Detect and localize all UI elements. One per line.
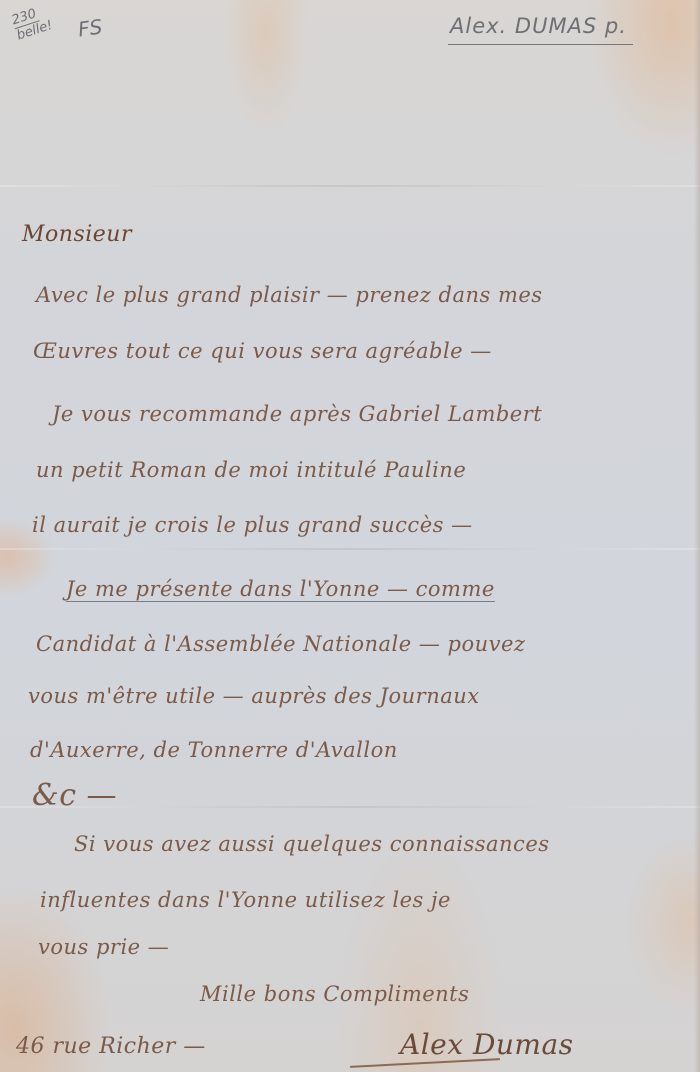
letter-line: &c — xyxy=(32,778,117,813)
letter-line: Je vous recommande après Gabriel Lambert xyxy=(52,402,542,426)
paper-fold xyxy=(0,185,700,187)
letter-line: Avec le plus grand plaisir — prenez dans… xyxy=(36,283,543,307)
paper-edge xyxy=(694,0,700,1072)
letter-salutation: Monsieur xyxy=(22,222,132,247)
letter-line: Candidat à l'Assemblée Nationale — pouve… xyxy=(36,632,525,656)
pencil-note-price: 230 belle! xyxy=(10,3,54,44)
letter-line: d'Auxerre, de Tonnerre d'Avallon xyxy=(30,738,398,762)
pencil-initials: FS xyxy=(76,14,103,41)
letter-line: un petit Roman de moi intitulé Pauline xyxy=(36,458,466,482)
letter-line-underlined: Je me présente dans l'Yonne — comme xyxy=(66,577,495,602)
pencil-attribution: Alex. DUMAS p. xyxy=(448,14,633,45)
letter-line: influentes dans l'Yonne utilisez les je xyxy=(40,888,451,912)
letter-sheet: 230 belle! FS Alex. DUMAS p. 808-54 Mons… xyxy=(0,0,700,1072)
letter-closing: Mille bons Compliments xyxy=(200,982,469,1006)
letter-signature: Alex Dumas xyxy=(400,1028,574,1061)
letter-line: il aurait je crois le plus grand succès … xyxy=(32,513,473,537)
letter-line: vous m'être utile — auprès des Journaux xyxy=(28,684,480,708)
letter-line: vous prie — xyxy=(38,935,169,959)
paper-fold xyxy=(0,548,700,550)
letter-line: Œuvres tout ce qui vous sera agréable — xyxy=(33,339,492,363)
pencil-margin-code: 808-54 xyxy=(0,980,2,1023)
letter-address: 46 rue Richer — xyxy=(16,1034,206,1059)
letter-line: Si vous avez aussi quelques connaissance… xyxy=(74,832,550,856)
